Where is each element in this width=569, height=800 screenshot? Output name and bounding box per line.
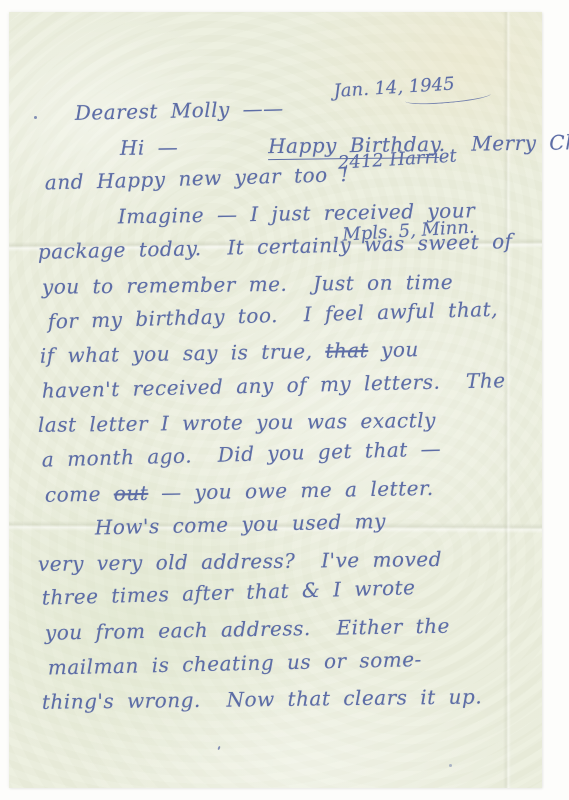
letter-line-18: thing's wrong. Now that clears it up. xyxy=(28,684,533,725)
text-segment: Imagine — I just received your xyxy=(118,198,476,228)
struck-out-text: out xyxy=(114,480,149,505)
text-segment: last letter I wrote you was exactly xyxy=(38,408,436,437)
text-segment: you to remember me. Just on time xyxy=(42,270,453,299)
text-segment: thing's wrong. Now that clears it up. xyxy=(42,685,482,714)
text-segment: Dearest Molly —— xyxy=(75,96,284,125)
text-segment: . Merry Christmas xyxy=(439,129,569,156)
text-segment: — you owe me a letter. xyxy=(148,475,434,504)
text-segment: How's come you used my xyxy=(95,509,387,540)
struck-out-text: that xyxy=(325,338,368,363)
ink-dot xyxy=(34,116,37,119)
text-segment: very very old address? I've moved xyxy=(38,547,442,576)
ink-dot xyxy=(449,764,452,767)
underlined-text: Happy Birthday xyxy=(268,132,439,160)
scan-background: Jan. 14, 1945 2412 Harriet Mpls. 5, Minn… xyxy=(0,0,569,800)
text-segment: you xyxy=(368,337,419,362)
letter-body: Dearest Molly ——Hi — Happy Birthday. Mer… xyxy=(28,102,533,725)
letter-paper: Jan. 14, 1945 2412 Harriet Mpls. 5, Minn… xyxy=(9,12,542,788)
ink-dot xyxy=(217,746,220,750)
text-segment: come xyxy=(45,481,114,506)
text-segment: Hi — xyxy=(120,134,268,160)
text-segment: if what you say is true, xyxy=(40,339,326,368)
salutation-line: Dearest Molly —— xyxy=(28,91,534,137)
